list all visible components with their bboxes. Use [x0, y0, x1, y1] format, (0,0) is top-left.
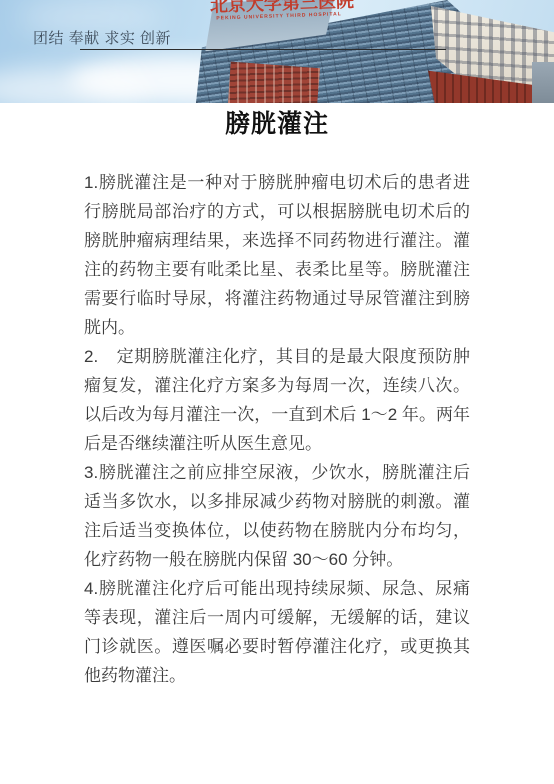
- header-banner: 北京大学第三医院 PEKING UNIVERSITY THIRD HOSPITA…: [0, 0, 554, 103]
- page-title: 膀胱灌注: [84, 106, 470, 142]
- background-building: [532, 62, 554, 103]
- paragraph-4: 4.膀胱灌注化疗后可能出现持续尿频、尿急、尿痛等表现，灌注后一周内可缓解，无缓解…: [84, 574, 470, 690]
- document-body: 膀胱灌注 1.膀胱灌注是一种对于膀胱肿瘤电切术后的患者进行膀胱局部治疗的方式，可…: [0, 106, 554, 690]
- hospital-building-photo: 北京大学第三医院 PEKING UNIVERSITY THIRD HOSPITA…: [188, 0, 554, 103]
- hospital-name-sign: 北京大学第三医院 PEKING UNIVERSITY THIRD HOSPITA…: [210, 0, 371, 22]
- cloud-shape: [0, 68, 150, 103]
- hospital-motto: 团结 奉献 求实 创新: [33, 27, 171, 48]
- paragraph-1: 1.膀胱灌注是一种对于膀胱肿瘤电切术后的患者进行膀胱局部治疗的方式，可以根据膀胱…: [84, 168, 470, 342]
- document-page: 北京大学第三医院 PEKING UNIVERSITY THIRD HOSPITA…: [0, 0, 554, 784]
- paragraph-3: 3.膀胱灌注之前应排空尿液，少饮水，膀胱灌注后适当多饮水，以多排尿减少药物对膀胱…: [84, 458, 470, 574]
- paragraph-list: 1.膀胱灌注是一种对于膀胱肿瘤电切术后的患者进行膀胱局部治疗的方式，可以根据膀胱…: [84, 168, 470, 690]
- paragraph-2: 2. 定期膀胱灌注化疗，其目的是最大限度预防肿瘤复发，灌注化疗方案多为每周一次，…: [84, 342, 470, 458]
- header-divider-line: [80, 49, 446, 50]
